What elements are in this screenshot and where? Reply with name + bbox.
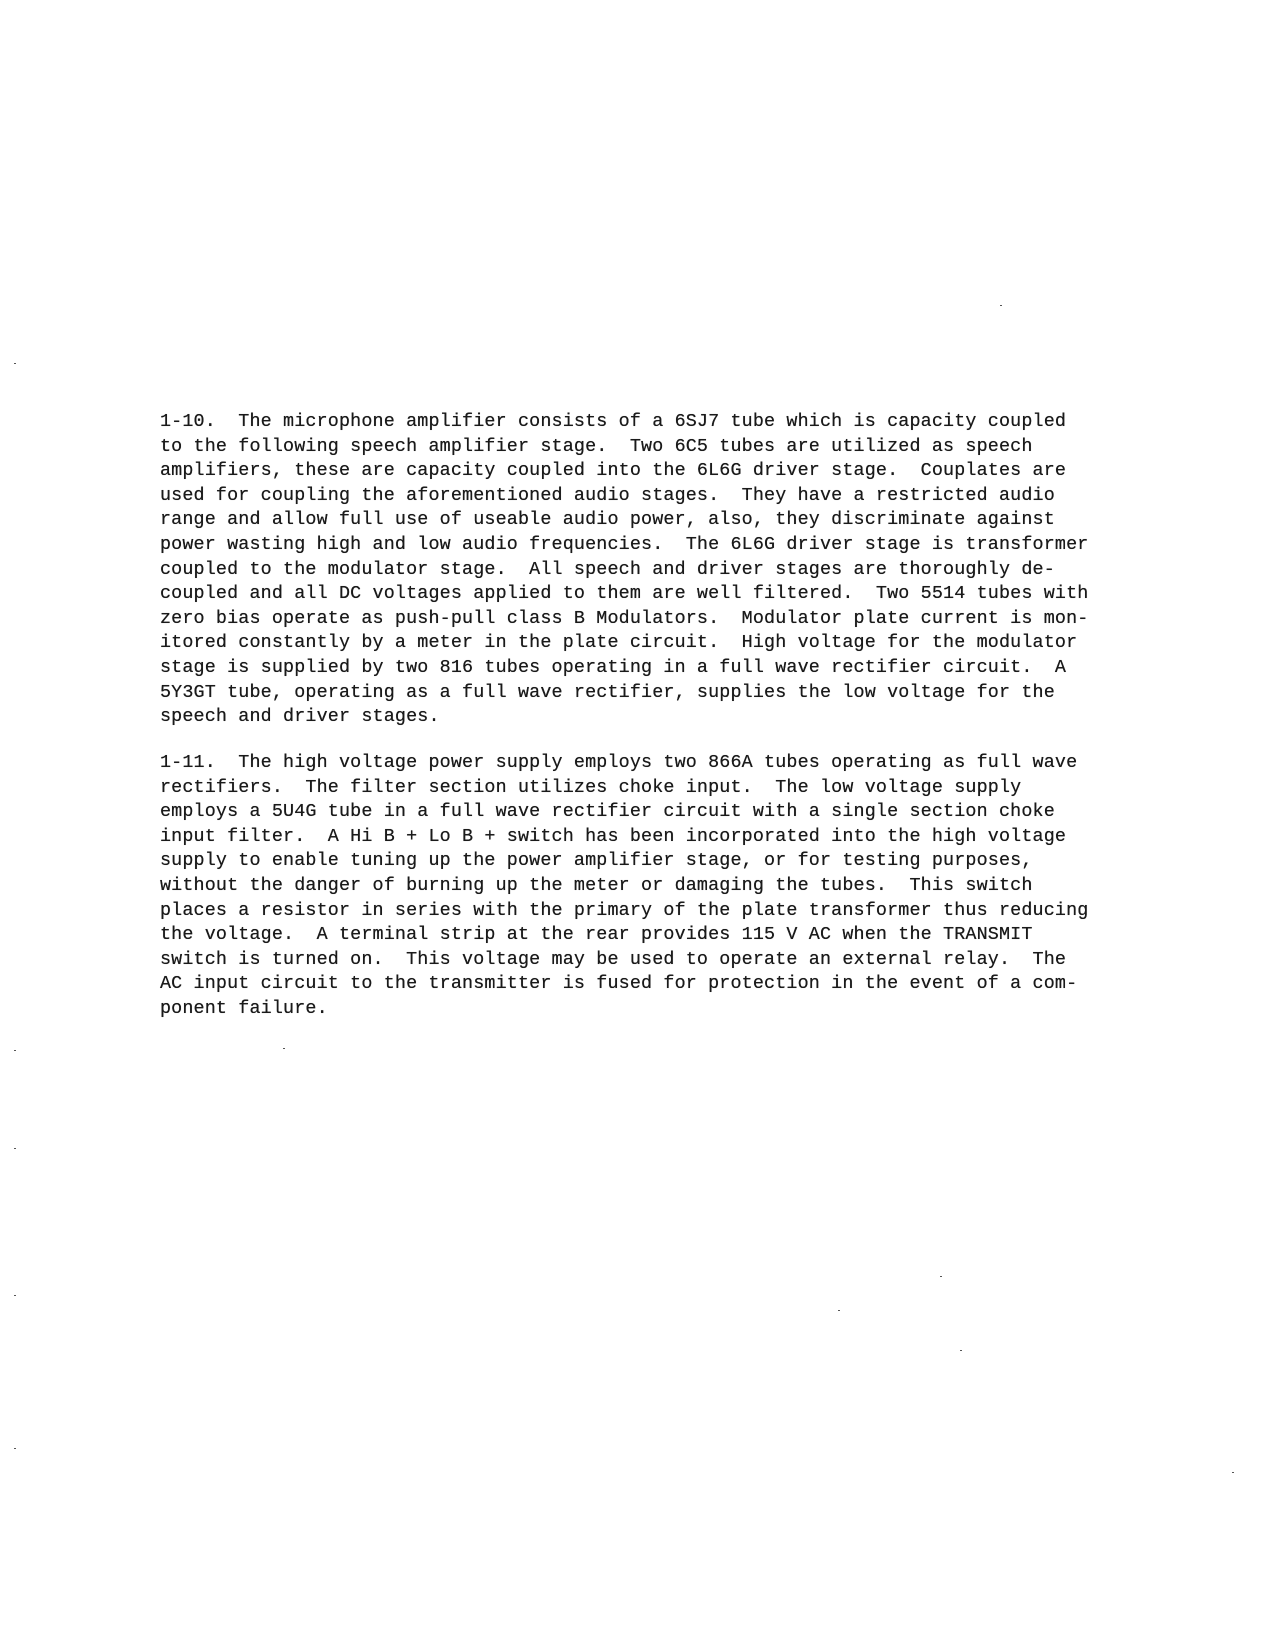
- text-line: the voltage. A terminal strip at the rea…: [160, 923, 1220, 948]
- text-line: coupled to the modulator stage. All spee…: [160, 558, 1220, 583]
- text-line: itored constantly by a meter in the plat…: [160, 631, 1220, 656]
- scan-speck: [14, 1148, 16, 1149]
- text-line: supply to enable tuning up the power amp…: [160, 849, 1220, 874]
- text-line: to the following speech amplifier stage.…: [160, 435, 1220, 460]
- scan-speck: [940, 1276, 942, 1277]
- text-line: power wasting high and low audio frequen…: [160, 533, 1220, 558]
- text-line: speech and driver stages.: [160, 705, 1220, 730]
- text-line: amplifiers, these are capacity coupled i…: [160, 459, 1220, 484]
- scan-speck: [14, 1448, 16, 1449]
- document-page: 1-10. The microphone amplifier consists …: [0, 0, 1275, 1650]
- text-line: 5Y3GT tube, operating as a full wave rec…: [160, 681, 1220, 706]
- scan-speck: [14, 363, 16, 364]
- text-line: coupled and all DC voltages applied to t…: [160, 582, 1220, 607]
- scan-speck: [1232, 1472, 1234, 1473]
- text-line: zero bias operate as push-pull class B M…: [160, 607, 1220, 632]
- scan-speck: [838, 1310, 840, 1311]
- scan-speck: [14, 1295, 16, 1296]
- text-line: switch is turned on. This voltage may be…: [160, 948, 1220, 973]
- text-line: ponent failure.: [160, 997, 1220, 1022]
- text-line: rectifiers. The filter section utilizes …: [160, 776, 1220, 801]
- text-line: used for coupling the aforementioned aud…: [160, 484, 1220, 509]
- text-line: 1-10. The microphone amplifier consists …: [160, 410, 1220, 435]
- text-line: AC input circuit to the transmitter is f…: [160, 972, 1220, 997]
- scan-speck: [1000, 305, 1002, 306]
- paragraph-1-11: 1-11. The high voltage power supply empl…: [160, 751, 1220, 1022]
- text-line: employs a 5U4G tube in a full wave recti…: [160, 800, 1220, 825]
- text-line: without the danger of burning up the met…: [160, 874, 1220, 899]
- scan-speck: [283, 1048, 285, 1049]
- text-line: stage is supplied by two 816 tubes opera…: [160, 656, 1220, 681]
- paragraph-1-10: 1-10. The microphone amplifier consists …: [160, 410, 1220, 730]
- text-line: 1-11. The high voltage power supply empl…: [160, 751, 1220, 776]
- text-line: places a resistor in series with the pri…: [160, 899, 1220, 924]
- text-line: input filter. A Hi B + Lo B + switch has…: [160, 825, 1220, 850]
- scan-speck: [960, 1350, 962, 1351]
- scan-speck: [14, 1050, 16, 1051]
- text-line: range and allow full use of useable audi…: [160, 508, 1220, 533]
